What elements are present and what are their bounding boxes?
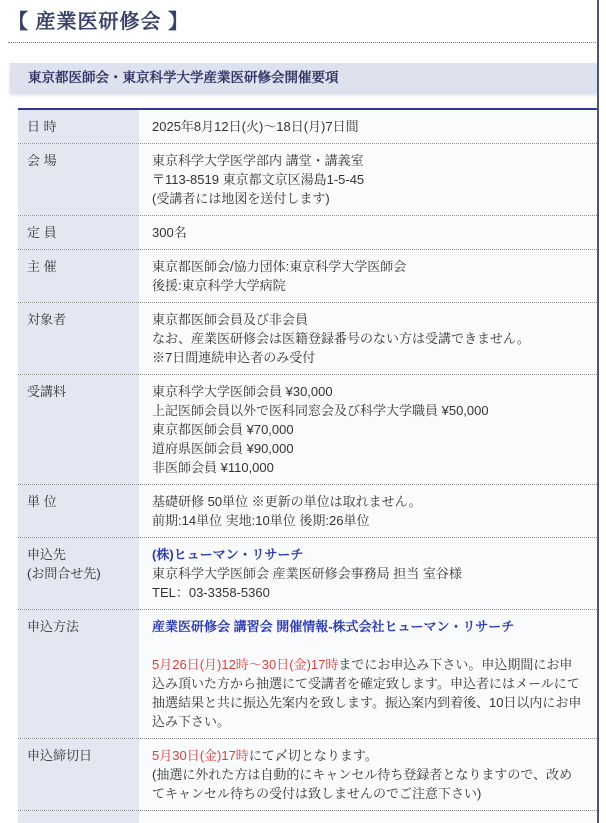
text-segment: なお、産業医研修会は医籍登録番号のない方は受講できません。 bbox=[152, 331, 530, 346]
row-label: 日 時 bbox=[18, 110, 139, 143]
content-paragraph: 5月30日(金)17時にて〆切となります。 bbox=[152, 746, 585, 765]
content-paragraph: (抽選に外れた方は自動的にキャンセル待ち登録者となりますので、改めてキャンセル待… bbox=[152, 765, 585, 803]
row-content bbox=[139, 811, 597, 823]
text-segment: 300名 bbox=[152, 225, 187, 240]
row-label: 申込方法 bbox=[18, 610, 139, 738]
text-segment: 道府県医師会員 ¥90,000 bbox=[152, 441, 294, 456]
text-segment: 2025年8月12日(火)～18日(月)7日間 bbox=[152, 119, 359, 134]
table-row-venue: 会 場東京科学大学医学部内 講堂・講義室〒113-8519 東京都文京区湯島1-… bbox=[18, 144, 597, 216]
content-paragraph: ※7日間連続申込者のみ受付 bbox=[152, 348, 585, 367]
row-label-text: 主 催 bbox=[27, 257, 135, 276]
row-label: 申込先(お問合せ先) bbox=[18, 538, 139, 609]
table-row-organizer: 主 催東京都医師会/協力団体:東京科学大学医師会後援:東京科学大学病院 bbox=[18, 250, 597, 303]
content-paragraph: 後援:東京科学大学病院 bbox=[152, 276, 585, 295]
text-segment: 東京都医師会員及び非会員 bbox=[152, 312, 308, 327]
table-row-capacity: 定 員300名 bbox=[18, 216, 597, 250]
row-content: 基礎研修 50単位 ※更新の単位は取れません。前期:14単位 実地:10単位 後… bbox=[139, 485, 597, 537]
text-segment: 東京都医師会員 ¥70,000 bbox=[152, 422, 294, 437]
row-label-text: 単 位 bbox=[27, 492, 135, 511]
content-paragraph: 東京都医師会/協力団体:東京科学大学医師会 bbox=[152, 257, 585, 276]
row-label: 対象者 bbox=[18, 303, 139, 374]
text-segment: (抽選に外れた方は自動的にキャンセル待ち登録者となりますので、改めてキャンセル待… bbox=[152, 767, 572, 801]
row-content: (株)ヒューマン・リサーチ東京科学大学医師会 産業医研修会事務局 担当 室谷様T… bbox=[139, 538, 597, 609]
text-segment: 東京科学大学医師会員 ¥30,000 bbox=[152, 384, 333, 399]
text-segment: 後援:東京科学大学病院 bbox=[152, 278, 286, 293]
table-row-fee: 受講料東京科学大学医師会員 ¥30,000上記医師会員以外で医科同窓会及び科学大… bbox=[18, 375, 597, 485]
page-title: 【 産業医研修会 】 bbox=[0, 0, 606, 36]
content-paragraph: 非医師会員 ¥110,000 bbox=[152, 458, 585, 477]
row-label-text: 受講料 bbox=[27, 382, 135, 401]
row-label: 会 場 bbox=[18, 144, 139, 215]
table-row-next-partial bbox=[18, 811, 597, 823]
section-heading: 東京都医師会・東京科学大学産業医研修会開催要項 bbox=[10, 63, 597, 93]
table-row-application-method: 申込方法産業医研修会 講習会 開催情報-株式会社ヒューマン・リサーチ5月26日(… bbox=[18, 610, 597, 739]
text-segment: 非医師会員 ¥110,000 bbox=[152, 460, 274, 475]
row-label-text: 申込先 bbox=[27, 545, 135, 564]
text-segment: ※7日間連続申込者のみ受付 bbox=[152, 350, 315, 365]
text-segment: 5月26日(月)12時～30日(金)17時 bbox=[152, 657, 338, 672]
text-segment: (受講者には地図を送付します) bbox=[152, 191, 330, 206]
row-content: 300名 bbox=[139, 216, 597, 249]
row-content: 2025年8月12日(火)～18日(月)7日間 bbox=[139, 110, 597, 143]
content-paragraph: 東京科学大学医学部内 講堂・講義室 bbox=[152, 151, 585, 170]
content-paragraph: 上記医師会員以外で医科同窓会及び科学大学職員 ¥50,000 bbox=[152, 401, 585, 420]
table-row-eligibility: 対象者東京都医師会員及び非会員なお、産業医研修会は医籍登録番号のない方は受講でき… bbox=[18, 303, 597, 375]
row-label-text: 会 場 bbox=[27, 151, 135, 170]
text-segment: TEL：03-3358-5360 bbox=[152, 585, 270, 600]
content-paragraph: (株)ヒューマン・リサーチ bbox=[152, 545, 585, 564]
content-paragraph: TEL：03-3358-5360 bbox=[152, 583, 585, 602]
content-paragraph: 〒113-8519 東京都文京区湯島1-5-45 bbox=[152, 170, 585, 189]
text-segment: にて〆切となります。 bbox=[249, 748, 378, 763]
row-label-text: 申込方法 bbox=[27, 617, 135, 636]
content-paragraph: 前期:14単位 実地:10単位 後期:26単位 bbox=[152, 511, 585, 530]
content-paragraph: なお、産業医研修会は医籍登録番号のない方は受講できません。 bbox=[152, 329, 585, 348]
table-row-datetime: 日 時2025年8月12日(火)～18日(月)7日間 bbox=[18, 110, 597, 144]
page-right-border bbox=[597, 0, 599, 823]
content-paragraph: 東京都医師会員 ¥70,000 bbox=[152, 420, 585, 439]
row-label: 受講料 bbox=[18, 375, 139, 484]
content-paragraph: 東京科学大学医師会 産業医研修会事務局 担当 室谷様 bbox=[152, 564, 585, 583]
row-content: 5月30日(金)17時にて〆切となります。(抽選に外れた方は自動的にキャンセル待… bbox=[139, 739, 597, 810]
seminar-info-link[interactable]: 産業医研修会 講習会 開催情報-株式会社ヒューマン・リサーチ bbox=[152, 619, 514, 634]
page: 【 産業医研修会 】 東京都医師会・東京科学大学産業医研修会開催要項 日 時20… bbox=[0, 0, 606, 823]
text-segment: 東京科学大学医学部内 講堂・講義室 bbox=[152, 153, 364, 168]
row-label-text: (お問合せ先) bbox=[27, 564, 135, 583]
row-label: 申込締切日 bbox=[18, 739, 139, 810]
text-segment: 上記医師会員以外で医科同窓会及び科学大学職員 ¥50,000 bbox=[152, 403, 489, 418]
content-paragraph: (受講者には地図を送付します) bbox=[152, 189, 585, 208]
row-label-text: 日 時 bbox=[27, 117, 135, 136]
text-segment: 5月30日(金)17時 bbox=[152, 748, 249, 763]
text-segment: 東京科学大学医師会 産業医研修会事務局 担当 室谷様 bbox=[152, 566, 462, 581]
text-segment: 基礎研修 50単位 ※更新の単位は取れません。 bbox=[152, 494, 421, 509]
content-paragraph: 基礎研修 50単位 ※更新の単位は取れません。 bbox=[152, 492, 585, 511]
table-row-application-contact: 申込先(お問合せ先)(株)ヒューマン・リサーチ東京科学大学医師会 産業医研修会事… bbox=[18, 538, 597, 610]
content-paragraph: 道府県医師会員 ¥90,000 bbox=[152, 439, 585, 458]
row-content: 産業医研修会 講習会 開催情報-株式会社ヒューマン・リサーチ5月26日(月)12… bbox=[139, 610, 597, 738]
row-content: 東京都医師会員及び非会員なお、産業医研修会は医籍登録番号のない方は受講できません… bbox=[139, 303, 597, 374]
text-segment: 前期:14単位 実地:10単位 後期:26単位 bbox=[152, 513, 369, 528]
content-paragraph: 300名 bbox=[152, 223, 585, 242]
row-label-text: 申込締切日 bbox=[27, 746, 135, 765]
text-segment: 〒113-8519 東京都文京区湯島1-5-45 bbox=[152, 172, 364, 187]
human-research-link[interactable]: (株)ヒューマン・リサーチ bbox=[152, 547, 303, 562]
content-paragraph: 東京都医師会員及び非会員 bbox=[152, 310, 585, 329]
table-row-deadline: 申込締切日5月30日(金)17時にて〆切となります。(抽選に外れた方は自動的にキ… bbox=[18, 739, 597, 811]
title-divider bbox=[8, 42, 598, 43]
row-label: 定 員 bbox=[18, 216, 139, 249]
row-label: 主 催 bbox=[18, 250, 139, 302]
row-content: 東京科学大学医学部内 講堂・講義室〒113-8519 東京都文京区湯島1-5-4… bbox=[139, 144, 597, 215]
row-label-text: 定 員 bbox=[27, 223, 135, 242]
text-segment: 東京都医師会/協力団体:東京科学大学医師会 bbox=[152, 259, 406, 274]
table-row-credits: 単 位基礎研修 50単位 ※更新の単位は取れません。前期:14単位 実地:10単… bbox=[18, 485, 597, 538]
content-paragraph: 2025年8月12日(火)～18日(月)7日間 bbox=[152, 117, 585, 136]
row-content: 東京都医師会/協力団体:東京科学大学医師会後援:東京科学大学病院 bbox=[139, 250, 597, 302]
content-paragraph: 産業医研修会 講習会 開催情報-株式会社ヒューマン・リサーチ bbox=[152, 617, 585, 636]
row-content: 東京科学大学医師会員 ¥30,000上記医師会員以外で医科同窓会及び科学大学職員… bbox=[139, 375, 597, 484]
content-paragraph: 東京科学大学医師会員 ¥30,000 bbox=[152, 382, 585, 401]
content-paragraph: 5月26日(月)12時～30日(金)17時までにお申込み下さい。申込期間にお申込… bbox=[152, 655, 585, 731]
row-label-text: 対象者 bbox=[27, 310, 135, 329]
row-label: 単 位 bbox=[18, 485, 139, 537]
row-label bbox=[18, 811, 139, 823]
seminar-info-table: 日 時2025年8月12日(火)～18日(月)7日間会 場東京科学大学医学部内 … bbox=[18, 108, 597, 823]
